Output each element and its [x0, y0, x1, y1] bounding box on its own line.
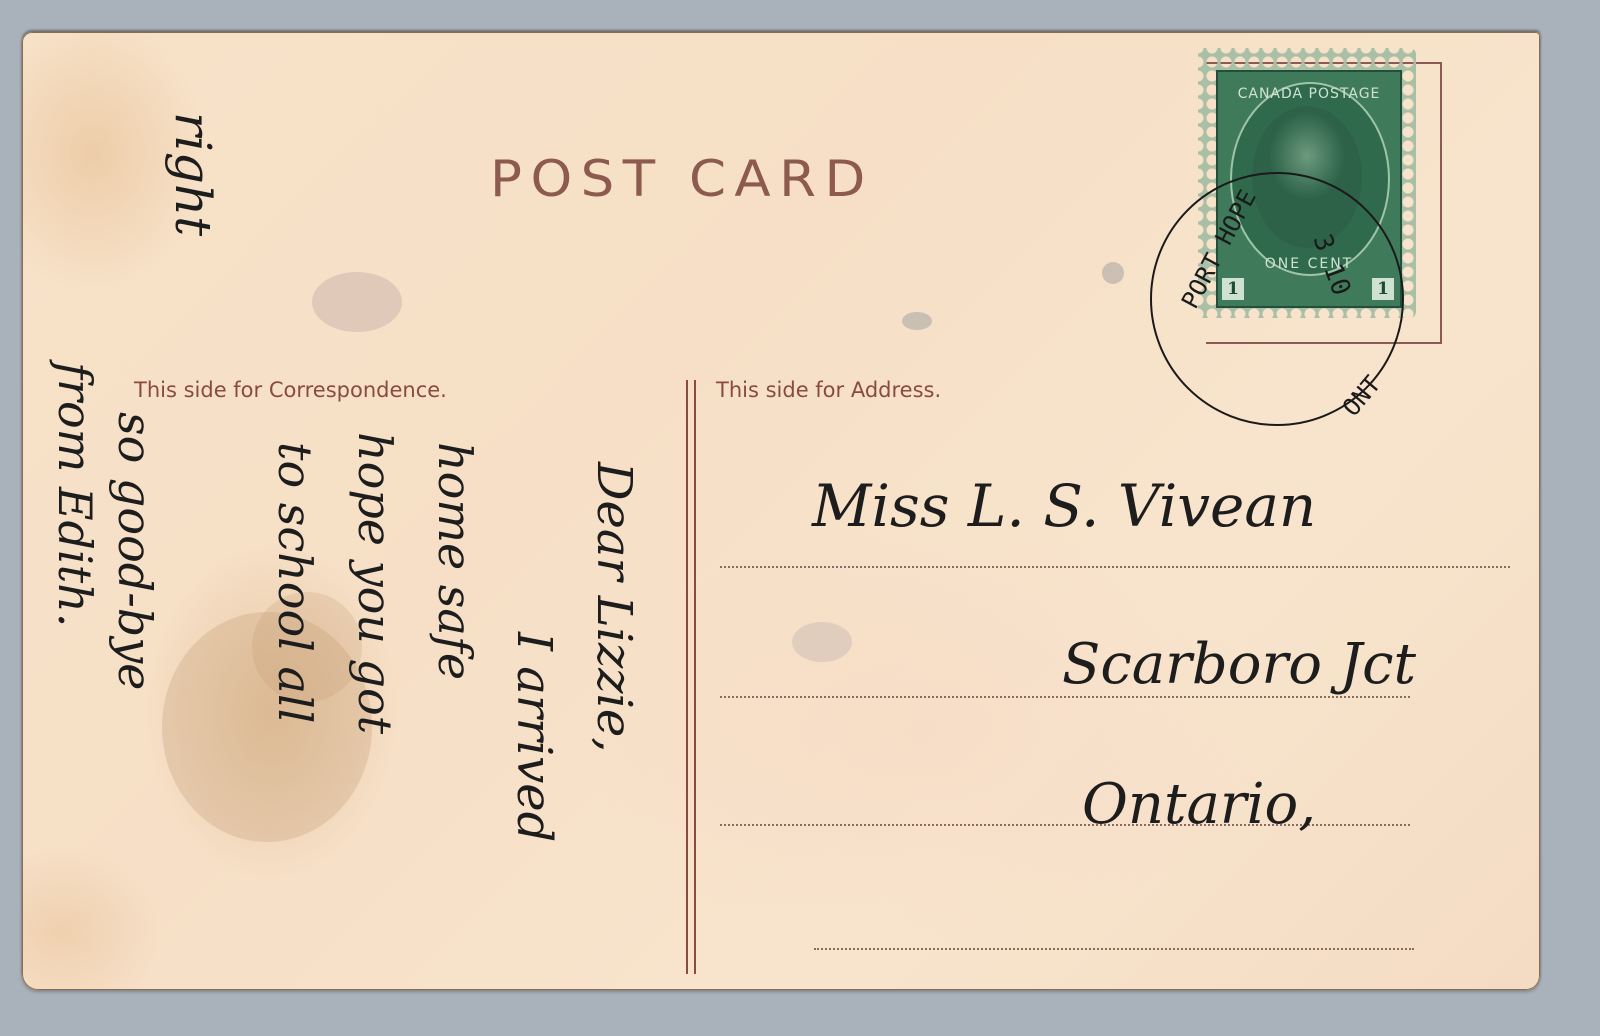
- stamp-country: CANADA POSTAGE: [1218, 86, 1400, 102]
- message-line: right: [164, 112, 222, 236]
- message-line: from Edith.: [48, 362, 102, 627]
- message-line: so good-bye: [108, 412, 162, 690]
- recipient-name: Miss L. S. Vivean: [812, 472, 1316, 540]
- address-line-1: [720, 566, 1510, 568]
- recipient-town: Scarboro Jct: [1062, 632, 1416, 697]
- speck: [312, 272, 402, 332]
- speck: [1102, 262, 1124, 284]
- speck: [792, 622, 852, 662]
- center-divider: [686, 380, 688, 974]
- speck: [902, 312, 932, 330]
- message-line: hope you got: [348, 432, 402, 734]
- recipient-province: Ontario,: [1082, 772, 1316, 837]
- message-line: Dear Lizzie,: [586, 462, 642, 753]
- message-line: I arrived: [506, 632, 562, 842]
- postcard-heading: POST CARD: [490, 150, 874, 208]
- center-divider: [694, 380, 696, 974]
- message-line: to school all: [268, 442, 322, 723]
- correspondence-label: This side for Correspondence.: [134, 378, 447, 402]
- address-label: This side for Address.: [716, 378, 941, 402]
- message-line: home safe: [428, 442, 482, 680]
- address-line-4: [814, 948, 1414, 950]
